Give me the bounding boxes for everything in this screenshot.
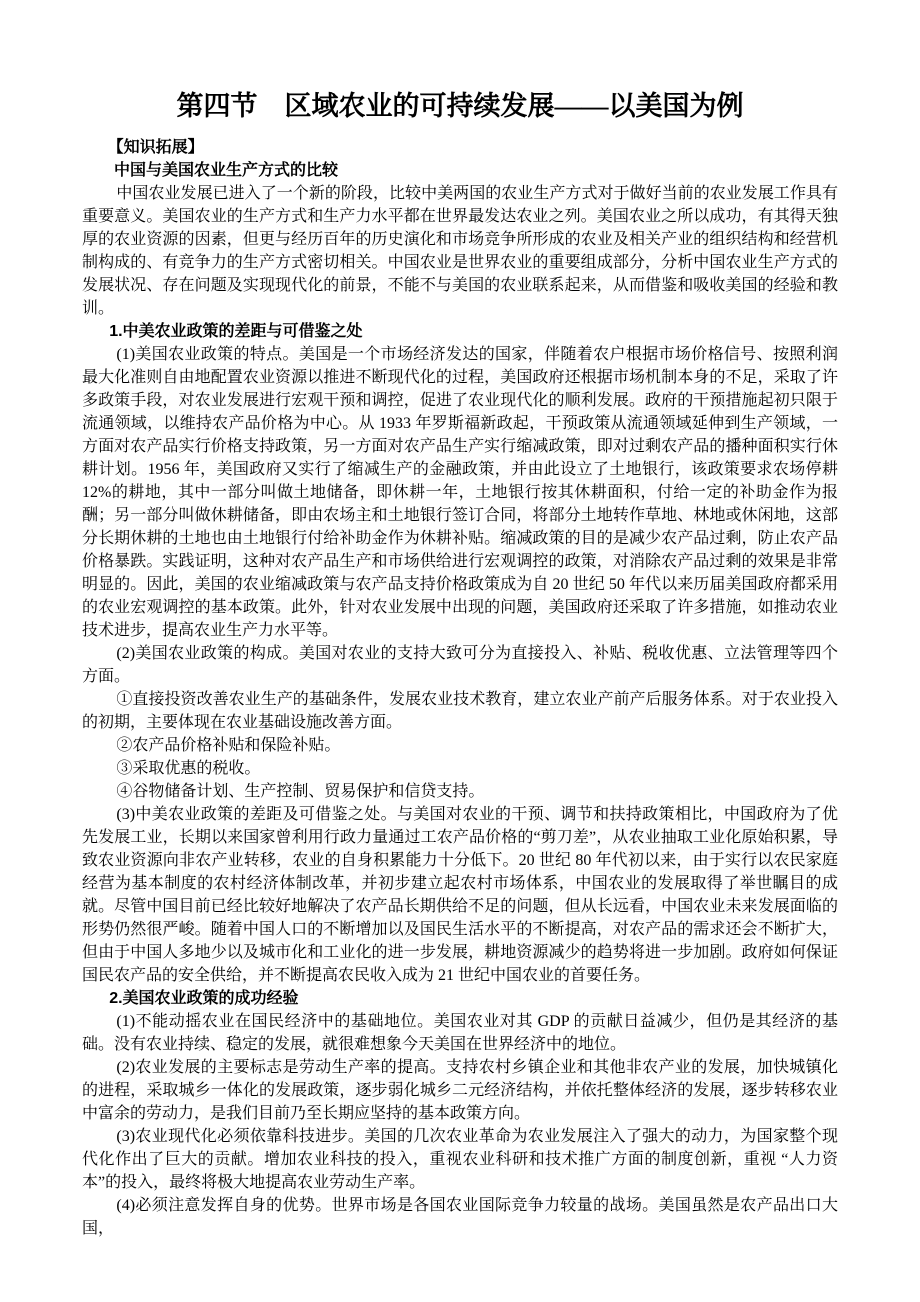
section2-heading: 2.美国农业政策的成功经验: [82, 987, 838, 1010]
section1-paragraph-2: (2)美国农业政策的构成。美国对农业的支持大致可分为直接投入、补贴、税收优惠、立…: [82, 642, 838, 688]
section1-paragraph-3: (3)中美农业政策的差距及可借鉴之处。与美国对农业的干预、调节和扶持政策相比，中…: [82, 803, 838, 987]
document-page: 第四节 区域农业的可持续发展——以美国为例 【知识拓展】 中国与美国农业生产方式…: [0, 0, 920, 1302]
intro-paragraph: 中国农业发展已进入了一个新的阶段，比较中美两国的农业生产方式对于做好当前的农业发…: [82, 182, 838, 320]
section2-paragraph-4: (4)必须注意发挥自身的优势。世界市场是各国农业国际竞争力较量的战场。美国虽然是…: [82, 1194, 838, 1240]
knowledge-expansion-tag: 【知识拓展】: [82, 136, 838, 159]
topic-heading: 中国与美国农业生产方式的比较: [82, 159, 838, 182]
section1-list-item-1: ①直接投资改善农业生产的基础条件，发展农业技术教育，建立农业产前产后服务体系。对…: [82, 688, 838, 734]
section1-paragraph-1: (1)美国农业政策的特点。美国是一个市场经济发达的国家，伴随着农户根据市场价格信…: [82, 343, 838, 642]
section2-paragraph-1: (1)不能动摇农业在国民经济中的基础地位。美国农业对其 GDP 的贡献日益减少，…: [82, 1010, 838, 1056]
section1-list-item-3: ③采取优惠的税收。: [82, 757, 838, 780]
section1-list-item-2: ②农产品价格补贴和保险补贴。: [82, 734, 838, 757]
page-title: 第四节 区域农业的可持续发展——以美国为例: [82, 88, 838, 124]
section1-list-item-4: ④谷物储备计划、生产控制、贸易保护和信贷支持。: [82, 780, 838, 803]
section2-paragraph-3: (3)农业现代化必须依靠科技进步。美国的几次农业革命为农业发展注入了强大的动力，…: [82, 1125, 838, 1194]
section2-paragraph-2: (2)农业发展的主要标志是劳动生产率的提高。支持农村乡镇企业和其他非农产业的发展…: [82, 1056, 838, 1125]
section1-heading: 1.中美农业政策的差距与可借鉴之处: [82, 320, 838, 343]
